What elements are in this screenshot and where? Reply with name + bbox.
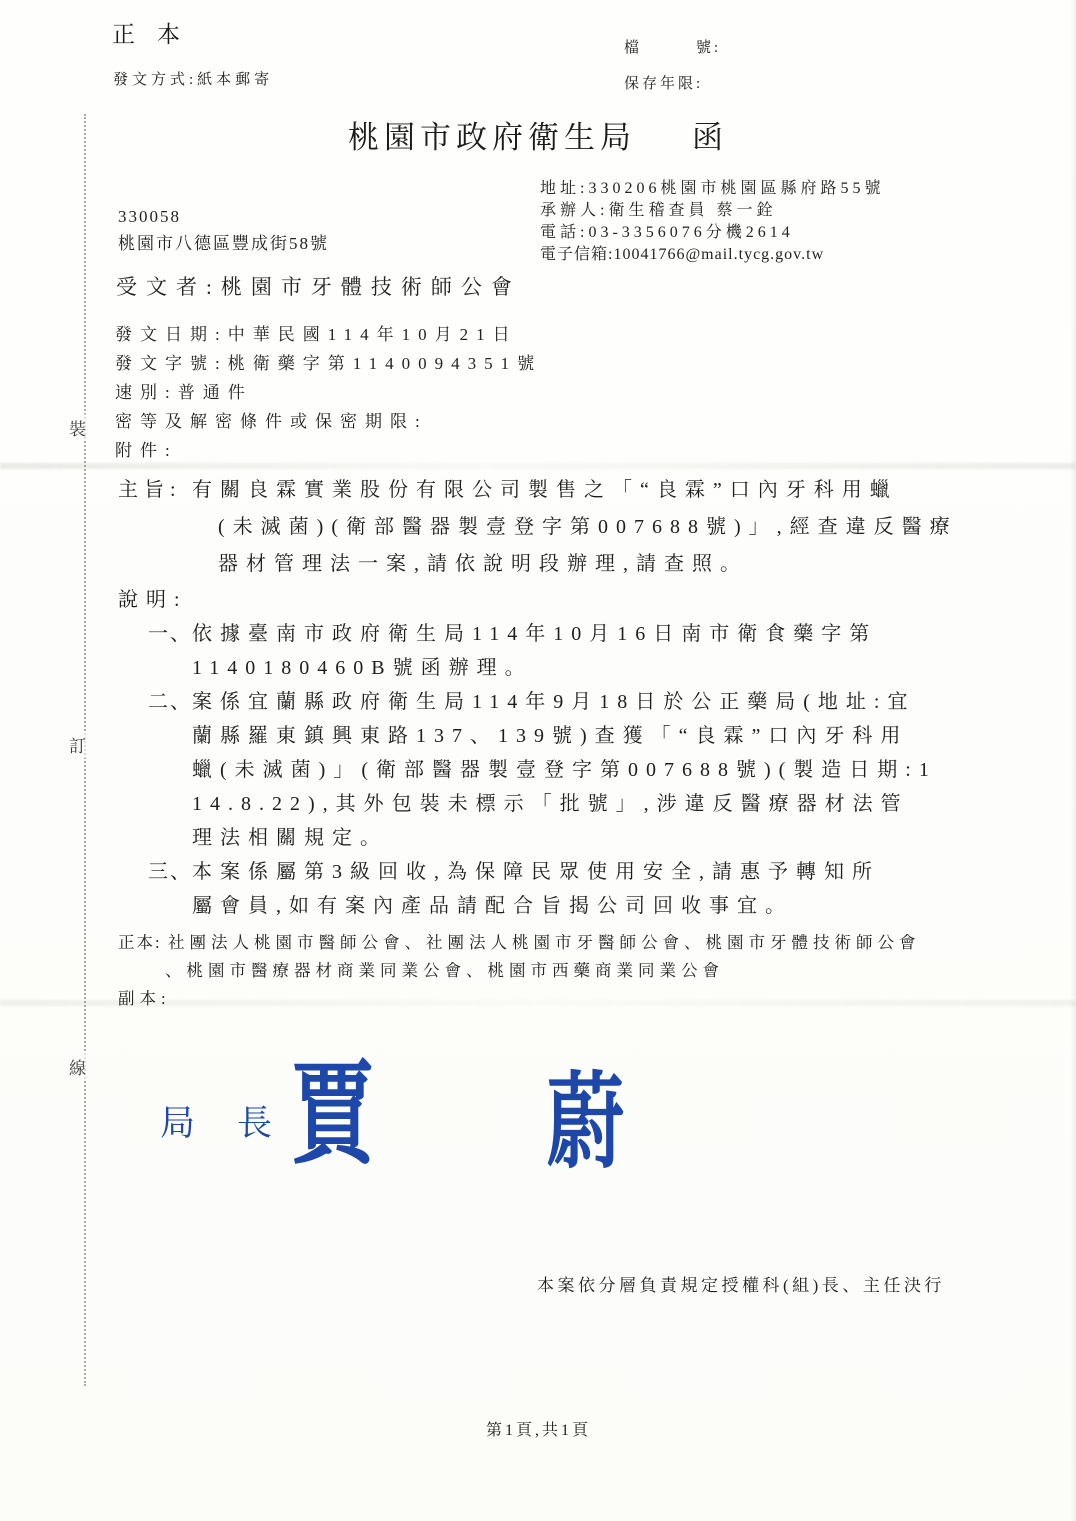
- signer-name-char: 蔚: [547, 1072, 624, 1176]
- copy-recipients-label: 副本:: [118, 985, 921, 1013]
- agency-phone: 電話:03-3356076分機2614: [540, 222, 884, 244]
- subject-label: 主旨:: [118, 472, 192, 509]
- subject-line: (未滅菌)(衛部醫器製壹登字第007688號)」,經查違反醫療: [118, 509, 958, 546]
- file-number-label: 檔 號:: [624, 36, 721, 57]
- issue-date: 發文日期:中華民國114年10月21日: [115, 320, 542, 349]
- distribution-block: 正本:社團法人桃園市醫師公會、社團法人桃園市牙醫師公會、桃園市牙體技術師公會 、…: [118, 929, 921, 1013]
- agency-contact-block: 地址:330206桃園市桃園區縣府路55號 承辦人:衛生稽查員 蔡一銓 電話:0…: [540, 178, 884, 266]
- binding-mark-ding: 訂: [67, 731, 88, 758]
- letter-body: 主旨:有關良霖實業股份有限公司製售之「“良霖”口內牙科用蠟 (未滅菌)(衛部醫器…: [118, 472, 958, 923]
- recipient-zip: 330058: [118, 203, 329, 230]
- agency-address: 地址:330206桃園市桃園區縣府路55號: [540, 178, 884, 200]
- recipient-street-address: 桃園市八德區豐成街58號: [118, 230, 329, 257]
- scanned-official-letter: 裝 訂 線 正本 發文方式:紙本郵寄 檔 號: 保存年限: 桃園市政府衛生局 函…: [0, 0, 1076, 1521]
- original-recipients-text: 社團法人桃園市醫師公會、社團法人桃園市牙醫師公會、桃園市牙體技術師公會: [168, 933, 921, 952]
- explanation-item-3-cont: 屬會員,如有案內產品請配合旨揭公司回收事宜。: [118, 889, 958, 923]
- subject-text: 有關良霖實業股份有限公司製售之「“良霖”口內牙科用蠟: [192, 479, 898, 501]
- item-text: 案係宜蘭縣政府衛生局114年9月18日於公正藥局(地址:宜: [192, 691, 915, 713]
- agency-email: 電子信箱:10041766@mail.tycg.gov.tw: [540, 244, 884, 266]
- item-text: 本案係屬第3級回收,為保障民眾使用安全,請惠予轉知所: [192, 861, 880, 883]
- item-number: 一、: [148, 617, 192, 651]
- explanation-item-2-cont: 蘭縣羅東鎮興東路137、139號)查獲「“良霖”口內牙科用: [118, 719, 958, 753]
- binding-mark-zhuang: 裝: [67, 414, 88, 441]
- original-recipients-line: 正本:社團法人桃園市醫師公會、社團法人桃園市牙醫師公會、桃園市牙體技術師公會: [118, 929, 921, 957]
- subject-line: 主旨:有關良霖實業股份有限公司製售之「“良霖”口內牙科用蠟: [118, 472, 958, 509]
- document-meta-block: 發文日期:中華民國114年10月21日 發文字號:桃衛藥字第1140094351…: [115, 320, 542, 465]
- page-number: 第1頁,共1頁: [486, 1417, 591, 1440]
- recipient-address-block: 330058 桃園市八德區豐成街58號: [118, 203, 329, 257]
- retention-period-label: 保存年限:: [624, 72, 703, 93]
- security-class: 密等及解密條件或保密期限:: [115, 407, 542, 436]
- scan-edge-shadow: [1070, 0, 1076, 1521]
- document-type: 函: [692, 112, 728, 157]
- explanation-item-1-cont: 1140180460B號函辦理。: [118, 651, 958, 685]
- item-number: 二、: [148, 685, 192, 719]
- item-text: 依據臺南市政府衛生局114年10月16日南市衛食藥字第: [192, 623, 877, 645]
- subject-line: 器材管理法一案,請依說明段辦理,請查照。: [118, 546, 958, 583]
- speed-class: 速別:普通件: [115, 378, 542, 407]
- issuing-agency-name: 桃園市政府衛生局: [348, 112, 636, 157]
- document-number: 發文字號:桃衛藥字第1140094351號: [115, 349, 542, 378]
- delivery-method: 發文方式:紙本郵寄: [113, 68, 273, 89]
- item-number: 三、: [148, 855, 192, 889]
- original-recipients-cont: 、桃園市醫療器材商業同業公會、桃園市西藥商業同業公會: [118, 957, 921, 985]
- original-label: 正本:: [118, 929, 168, 957]
- explanation-heading: 說明:: [118, 583, 958, 617]
- document-title: 桃園市政府衛生局 函: [0, 112, 1076, 157]
- signer-name-char: 賈: [291, 1060, 374, 1172]
- agency-contact-person: 承辦人:衛生稽查員 蔡一銓: [540, 200, 884, 222]
- recipient-line: 受文者:桃園市牙體技術師公會: [116, 271, 521, 301]
- explanation-item-2-cont: 14.8.22),其外包裝未標示「批號」,涉違反醫療器材法管: [118, 787, 958, 821]
- explanation-item-2: 二、案係宜蘭縣政府衛生局114年9月18日於公正藥局(地址:宜: [118, 685, 958, 719]
- explanation-item-2-cont: 蠟(未滅菌)」(衛部醫器製壹登字第007688號)(製造日期:1: [118, 753, 958, 787]
- explanation-item-3: 三、本案係屬第3級回收,為保障民眾使用安全,請惠予轉知所: [118, 855, 958, 889]
- attachment-label: 附件:: [115, 436, 542, 465]
- explanation-item-1: 一、依據臺南市政府衛生局114年10月16日南市衛食藥字第: [118, 617, 958, 651]
- copy-type-label: 正本: [112, 16, 202, 49]
- binding-mark-xian: 線: [67, 1053, 88, 1080]
- explanation-item-2-cont: 理法相關規定。: [118, 821, 958, 855]
- delegation-note: 本案依分層負責規定授權科(組)長、主任決行: [537, 1271, 945, 1296]
